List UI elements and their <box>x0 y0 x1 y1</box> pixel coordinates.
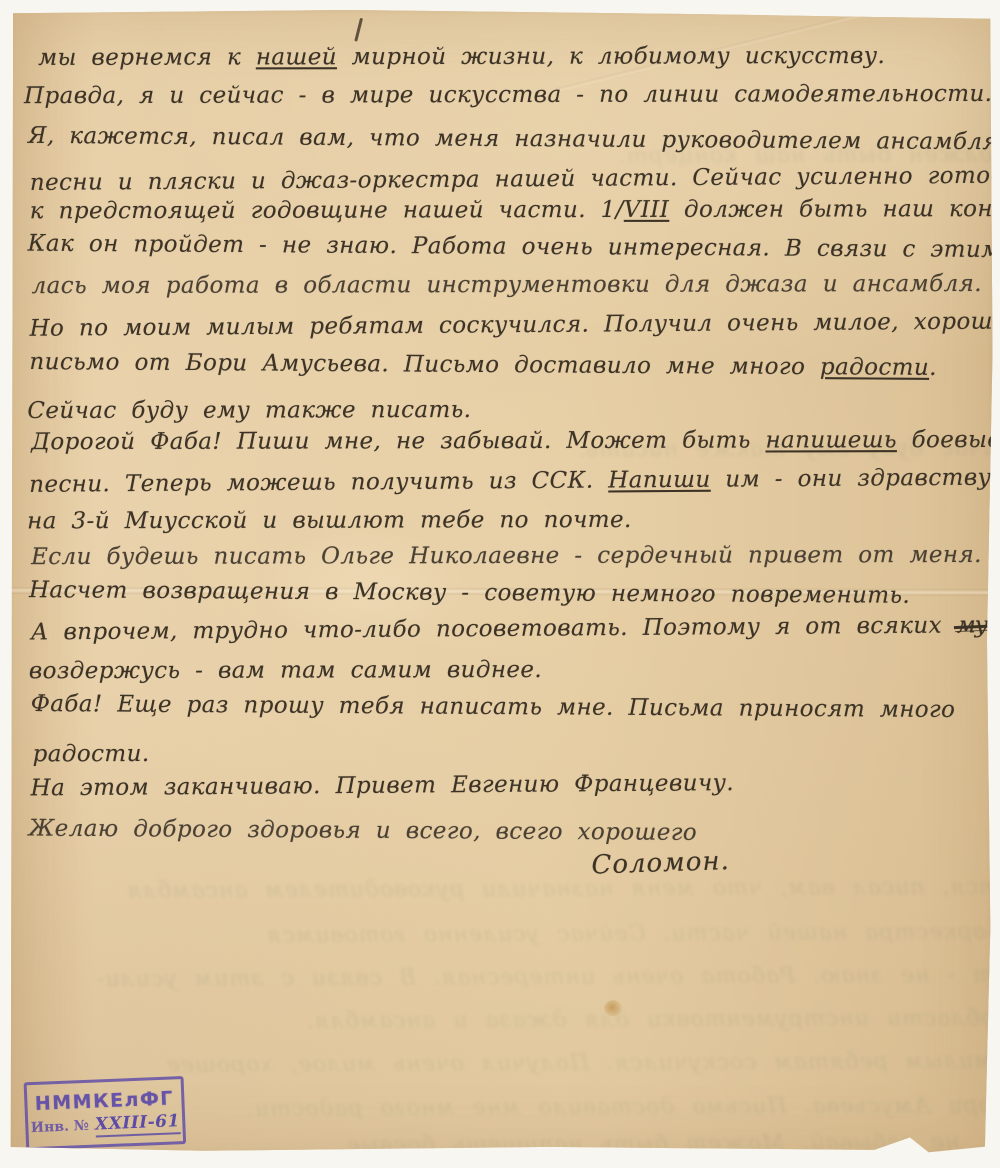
handwritten-line: Дорогой Фаба! Пиши мне, не забывай. Може… <box>31 427 1000 455</box>
scanned-letter-page: к предстоящей годовщине нашей части. 1/V… <box>0 0 1000 1168</box>
handwritten-text: Сейчас буду ему также писать. <box>27 397 471 424</box>
handwritten-line: к предстоящей годовщине нашей части. 1/V… <box>30 196 1000 224</box>
handwritten-line: Желаю доброго здоровья и всего, всего хо… <box>28 816 697 846</box>
handwritten-text: должен быть наш концерт. <box>669 196 1000 223</box>
stamp-inv-label: Инв. № <box>31 1117 90 1135</box>
handwritten-text: радости. <box>33 741 150 767</box>
letter-body: мы вернемся к нашей мирной жизни, к люби… <box>6 7 995 1157</box>
handwritten-line: лась моя работа в области инструментовки… <box>32 271 982 299</box>
handwritten-line: песни. Теперь можешь получить из ССК. На… <box>29 464 1000 498</box>
handwritten-line: Фаба! Еще раз прошу тебя написать мне. П… <box>31 691 956 723</box>
handwritten-line: Но по моим милым ребятам соскучился. Пол… <box>29 308 1000 341</box>
handwritten-line: Если будешь писать Ольге Николаевне - се… <box>31 542 982 570</box>
inventory-stamp: НММКЕлФГ Инв. № XXIII-61 <box>24 1076 187 1150</box>
stamp-inventory-line: Инв. № XXIII-61 <box>30 1111 180 1140</box>
handwritten-text: мирной жизни, к любимому искусству. <box>337 43 885 70</box>
handwritten-text: На этом заканчиваю. Привет Евгению Франц… <box>30 770 734 801</box>
handwritten-text: Как он пройдет - не знаю. Работа очень и… <box>28 231 1000 264</box>
handwritten-text: . <box>929 355 937 381</box>
handwritten-text: А впрочем, трудно что-либо посоветовать.… <box>31 613 957 646</box>
handwritten-line: Я, кажется, писал вам, что меня назначил… <box>28 123 998 155</box>
handwritten-line: на 3-й Миусской и вышлют тебе по почте. <box>27 507 632 534</box>
handwritten-text: мы вернемся к <box>38 44 256 70</box>
handwritten-text: Насчет возвращения в Москву - советую не… <box>29 577 910 609</box>
handwritten-text: песни. Теперь можешь получить из ССК. <box>29 467 608 497</box>
handwritten-text: на 3-й Миусской и вышлют тебе по почте. <box>27 507 632 534</box>
handwritten-line: Как он пройдет - не знаю. Работа очень и… <box>28 231 1000 264</box>
handwritten-text: боевые <box>897 427 1000 453</box>
handwritten-line: Правда, я и сейчас - в мире искусства - … <box>24 81 992 109</box>
handwritten-text: воздержусь - вам там самим виднее. <box>29 657 542 684</box>
handwritten-line: На этом заканчиваю. Привет Евгению Франц… <box>30 770 734 801</box>
handwritten-line: радости. <box>33 741 150 767</box>
stamp-inventory-number: XXIII-61 <box>95 1111 181 1137</box>
handwritten-line: воздержусь - вам там самим виднее. <box>29 657 542 684</box>
handwritten-text: радости <box>820 354 929 381</box>
letter-paper: к предстоящей годовщине нашей части. 1/V… <box>6 7 995 1157</box>
handwritten-text: Фаба! Еще раз прошу тебя написать мне. П… <box>31 691 956 723</box>
handwritten-text: Дорогой Фаба! Пиши мне, не забывай. Може… <box>31 427 765 455</box>
handwritten-text: Правда, я и сейчас - в мире искусства - … <box>24 81 992 109</box>
handwritten-text: письмо от Бори Амусьева. Письмо доставил… <box>29 349 820 380</box>
signature: Соломон. <box>591 846 730 881</box>
handwritten-text: нашей <box>256 44 337 70</box>
handwritten-line: Сейчас буду ему также писать. <box>27 397 471 424</box>
handwritten-text: им - они здравствуют <box>711 464 1000 492</box>
handwritten-text: к предстоящей годовщине нашей части. 1/ <box>30 197 624 224</box>
handwritten-text: напишешь <box>765 427 896 453</box>
stamp-org-code: НММКЕлФГ <box>34 1087 174 1115</box>
handwritten-line: мы вернемся к нашей мирной жизни, к люби… <box>38 43 885 71</box>
handwritten-text: Но по моим милым ребятам соскучился. Пол… <box>29 308 1000 341</box>
handwritten-line: письмо от Бори Амусьева. Письмо доставил… <box>29 349 937 381</box>
crossed-out-word: мудрых <box>957 612 1000 639</box>
handwritten-text: Желаю доброго здоровья и всего, всего хо… <box>28 816 697 846</box>
handwritten-text: VIII <box>624 197 670 223</box>
handwritten-text: Если будешь писать Ольге Николаевне - се… <box>31 542 982 570</box>
handwritten-text: Я, кажется, писал вам, что меня назначил… <box>28 123 998 155</box>
handwritten-line: песни и пляски и джаз-оркестра нашей час… <box>30 162 1000 196</box>
handwritten-line: А впрочем, трудно что-либо посоветовать.… <box>31 611 1000 646</box>
handwritten-line: Насчет возвращения в Москву - советую не… <box>29 577 910 609</box>
handwritten-text: песни и пляски и джаз-оркестра нашей час… <box>30 162 1000 196</box>
handwritten-text: лась моя работа в области инструментовки… <box>32 271 982 299</box>
handwritten-text: Напиши <box>608 467 711 494</box>
